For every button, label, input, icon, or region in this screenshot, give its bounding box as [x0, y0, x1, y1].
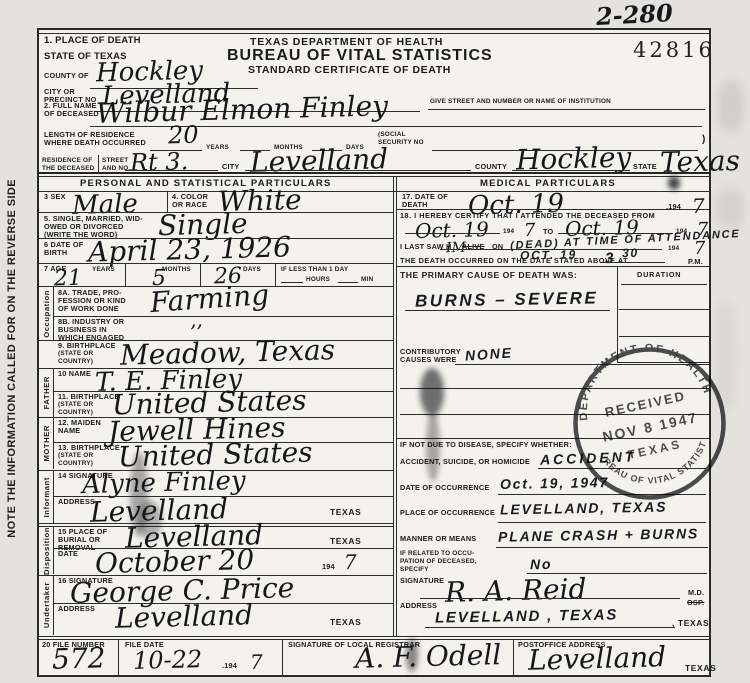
related-label-3: SPECIFY — [400, 566, 429, 573]
local-registrar-signature: A. F. Odell — [355, 638, 502, 675]
received-stamp: DEPARTMENT OF HEALTH BUREAU OF VITAL STA… — [567, 341, 732, 506]
residence-state-value: Texas — [660, 144, 741, 179]
file-number-value: 572 — [52, 641, 106, 675]
scan-smudge — [718, 80, 744, 132]
dod-year-printed: .194 — [666, 203, 681, 211]
section-rule — [37, 176, 711, 177]
duration-label: DURATION — [637, 271, 681, 279]
lastsaw-year-value: 7 — [694, 238, 706, 259]
undertaker-address-label: ADDRESS — [58, 605, 95, 613]
accident-suicide-label: ACCIDENT, SUICIDE, OR HOMICIDE — [400, 458, 530, 466]
entry-underline — [600, 262, 665, 263]
occupation-group-label: Occupation — [42, 290, 51, 338]
manner-means-label: MANNER OR MEANS — [400, 535, 476, 543]
row-rule — [37, 191, 711, 192]
lastsaw-year-printed: 194 — [668, 245, 679, 252]
sex-label: 3 SEX — [44, 193, 66, 201]
burial-state: TEXAS — [330, 536, 361, 546]
country-label: COUNTRY) — [58, 358, 93, 365]
entry-underline — [496, 547, 708, 548]
hours-label: HOURS — [306, 276, 330, 283]
ink-blot — [426, 412, 440, 482]
md-label: M.D. — [688, 589, 704, 597]
years-resident-value: 20 — [168, 121, 199, 150]
border-line — [37, 33, 711, 34]
father-group-label: FATHER — [42, 376, 51, 409]
ink-blot — [420, 368, 444, 416]
where-death-label: WHERE DEATH OCCURRED — [44, 139, 146, 147]
margin-file-code: 2-280 — [595, 0, 673, 31]
mother-group-label: MOTHER — [42, 425, 51, 462]
death-time-hour: 3 — [605, 250, 615, 267]
age-months-label: MONTHS — [162, 266, 191, 273]
institution-caption: GIVE STREET AND NUMBER OR NAME OF INSTIT… — [430, 98, 611, 105]
contributory-value: NONE — [465, 344, 514, 363]
informant-address-state: TEXAS — [330, 507, 361, 517]
file-date-value: 10-22 — [133, 645, 203, 675]
of-deceased-label: OF DECEASED — [44, 110, 99, 118]
file-year-printed: .194 — [222, 662, 237, 670]
place-occurrence-label: PLACE OF OCCURRENCE — [400, 509, 495, 517]
ink-blot — [138, 500, 162, 540]
file-year-value: 7 — [250, 650, 263, 674]
father-bp-country: COUNTRY) — [58, 409, 93, 416]
alive-struck-word: ALIVE — [462, 243, 485, 251]
mother-bp-country: COUNTRY) — [58, 460, 93, 467]
duration-underline — [621, 284, 707, 285]
column-divider — [393, 176, 394, 636]
physician-address-label: ADDRESS — [400, 602, 437, 610]
burial-year-printed: 194 — [322, 563, 335, 571]
to-label: TO — [543, 228, 553, 236]
last-saw-label: I LAST SAW H — [400, 243, 451, 251]
primary-cause-label: THE PRIMARY CAUSE OF DEATH WAS: — [400, 271, 577, 281]
mother-bp-state-or: (STATE OR — [58, 452, 93, 459]
maiden-name-label-2: NAME — [58, 427, 80, 435]
state-cell-label: STATE — [633, 163, 657, 171]
city-cell-label: CITY — [222, 163, 239, 171]
footer-divider — [513, 639, 514, 677]
trade-label-3: OF WORK DONE — [58, 305, 119, 313]
entry-underline — [512, 170, 630, 171]
entry-underline — [405, 233, 500, 234]
age-days-label: DAYS — [243, 266, 261, 273]
related-label-1: IF RELATED TO OCCU- — [400, 550, 474, 557]
attended-from-value: Oct. 19 — [415, 217, 489, 243]
stamp-state: TEXAS — [627, 437, 684, 462]
reverse-side-note: NOTE THE INFORMATION CALLED FOR ON THE R… — [6, 179, 18, 538]
entry-underline — [420, 598, 680, 599]
county-cell-label: COUNTY — [475, 163, 507, 171]
footer-divider — [118, 639, 119, 677]
last-saw-on-label: ON — [492, 243, 503, 251]
residence-of-label: RESIDENCE OF — [42, 157, 92, 164]
min-label: MIN — [361, 276, 373, 283]
dod-year-value: 7 — [692, 194, 705, 218]
row-rule — [396, 209, 711, 210]
physician-signature-label: SIGNATURE — [400, 577, 444, 585]
entry-underline — [405, 310, 610, 311]
informant-group-label: Informant — [42, 477, 51, 517]
ink-blot — [406, 638, 418, 672]
death-time-minutes: 30 — [622, 246, 639, 260]
duration-line — [619, 336, 709, 337]
county-of-label: COUNTY OF — [44, 72, 89, 80]
state-or-label: (STATE OR — [58, 350, 93, 357]
related-label-2: PATION OF DECEASED, — [400, 558, 477, 565]
place-of-death-label: 1. PLACE OF DEATH — [44, 36, 141, 47]
standard-certificate-line: STANDARD CERTIFICATE OF DEATH — [248, 64, 451, 76]
duration-line — [619, 309, 709, 310]
bureau-line: BUREAU OF VITAL STATISTICS — [227, 47, 493, 65]
osp-struck-label: OSP. — [687, 599, 704, 607]
contributory-label-2: CAUSES WERE — [400, 356, 457, 364]
cause-of-death-value: BURNS – SEVERE — [415, 288, 599, 311]
postoffice-address-value: Levelland — [528, 640, 667, 677]
father-name-label: 10 NAME — [58, 370, 91, 378]
cell-divider — [98, 155, 99, 172]
entry-underline — [498, 522, 706, 523]
entry-underline — [245, 170, 471, 171]
death-occurred-label: THE DEATH OCCURRED ON THE DATE STATED AB… — [400, 257, 628, 265]
section-rule — [37, 172, 711, 174]
entry-underline — [428, 109, 705, 110]
entry-underline — [281, 282, 303, 283]
years-label: YEARS — [206, 144, 229, 151]
certificate-number: 42816 — [633, 38, 715, 62]
age-years-label: YEARS — [92, 266, 115, 273]
undertaker-address-state: TEXAS — [330, 617, 361, 627]
ssn-close-paren: ) — [702, 134, 706, 146]
cell-divider — [275, 263, 276, 286]
disposition-group-label: Disposition — [42, 527, 51, 575]
column-divider — [396, 176, 397, 636]
street-label: STREET — [102, 157, 128, 164]
dob-label-2: BIRTH — [44, 249, 67, 257]
footer-rule — [37, 636, 711, 637]
entry-underline — [425, 627, 675, 628]
related-value: No — [530, 556, 553, 572]
date-occurrence-label: DATE OF OCCURRENCE — [400, 484, 489, 492]
undertaker-address-value: Levelland — [115, 598, 254, 635]
footer-divider — [282, 639, 283, 677]
postoffice-state: TEXAS — [685, 663, 716, 673]
physician-address-state: , TEXAS — [672, 618, 709, 628]
physician-signature-value: R. A. Reid — [445, 572, 587, 609]
if-less-label: IF LESS THAN 1 DAY — [281, 266, 348, 273]
from-year-printed: 194 — [503, 228, 514, 235]
undertaker-group-label: Undertaker — [42, 582, 51, 628]
row-rule — [396, 266, 711, 267]
entry-underline — [338, 282, 358, 283]
social-label: (SOCIAL — [378, 131, 406, 138]
entry-underline — [125, 170, 218, 171]
burial-date-label: DATE — [58, 550, 78, 558]
scan-smudge — [716, 188, 744, 228]
burial-year-value: 7 — [344, 550, 357, 574]
cell-divider — [125, 263, 126, 286]
father-bp-state-or: (STATE OR — [58, 401, 93, 408]
death-certificate-scan: 2-280 NOTE THE INFORMATION CALLED FOR ON… — [0, 0, 750, 683]
physician-address-value: LEVELLAND , TEXAS — [435, 606, 618, 626]
